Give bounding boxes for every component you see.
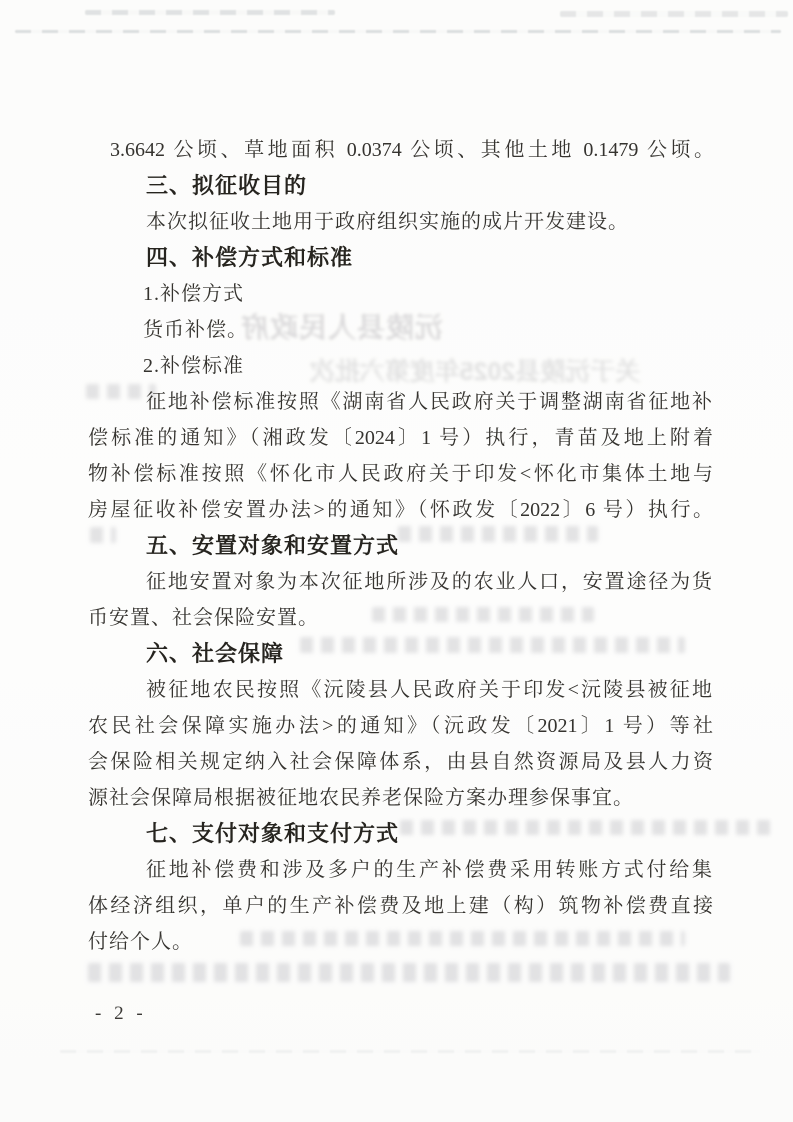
page-number: - 2 -: [95, 1003, 147, 1025]
document-page: 沅陵县人民政府 关于沅陵县2025年度第六批次 3.6642 公顷、草地面积 0…: [0, 0, 793, 1122]
section-heading: 六、社会保障: [146, 636, 284, 672]
text-line: 征地补偿标准按照《湖南省人民政府关于调整湖南省征地补: [146, 384, 712, 420]
text-line: 体经济组织，单户的生产补偿费及地上建（构）筑物补偿费直接: [88, 888, 713, 924]
text-line: 付给个人。: [88, 924, 193, 960]
text-line: 房屋征收补偿安置办法>的通知》（怀政发〔2022〕6 号）执行。: [88, 492, 713, 528]
text-line: 征地补偿费和涉及多户的生产补偿费采用转账方式付给集: [146, 852, 712, 888]
text-line: 1.补偿方式: [143, 276, 244, 312]
text-line: 货币补偿。: [143, 312, 248, 348]
text-line: 被征地农民按照《沅陵县人民政府关于印发<沅陵县被征地: [146, 672, 712, 708]
text-line: 2.补偿标准: [143, 348, 244, 384]
text-line: 物补偿标准按照《怀化市人民政府关于印发<怀化市集体土地与: [88, 456, 713, 492]
text-line: 币安置、社会保险安置。: [88, 600, 319, 636]
text-line: 偿标准的通知》（湘政发〔2024〕1 号）执行，青苗及地上附着: [88, 420, 713, 456]
text-line: 3.6642 公顷、草地面积 0.0374 公顷、其他土地 0.1479 公顷。: [110, 132, 714, 168]
text-line: 征地安置对象为本次征地所涉及的农业人口，安置途径为货: [146, 564, 712, 600]
section-heading: 四、补偿方式和标准: [146, 240, 353, 276]
text-line: 会保险相关规定纳入社会保障体系，由县自然资源局及县人力资: [88, 744, 713, 780]
section-heading: 五、安置对象和安置方式: [146, 528, 399, 564]
text-line: 农民社会保障实施办法>的通知》（沅政发〔2021〕1 号）等社: [88, 708, 713, 744]
section-heading: 七、支付对象和支付方式: [146, 816, 399, 852]
section-heading: 三、拟征收目的: [146, 168, 307, 204]
document-body: 3.6642 公顷、草地面积 0.0374 公顷、其他土地 0.1479 公顷。…: [0, 0, 793, 1122]
text-line: 源社会保障局根据被征地农民养老保险方案办理参保事宜。: [88, 780, 634, 816]
text-line: 本次拟征收土地用于政府组织实施的成片开发建设。: [146, 204, 629, 240]
